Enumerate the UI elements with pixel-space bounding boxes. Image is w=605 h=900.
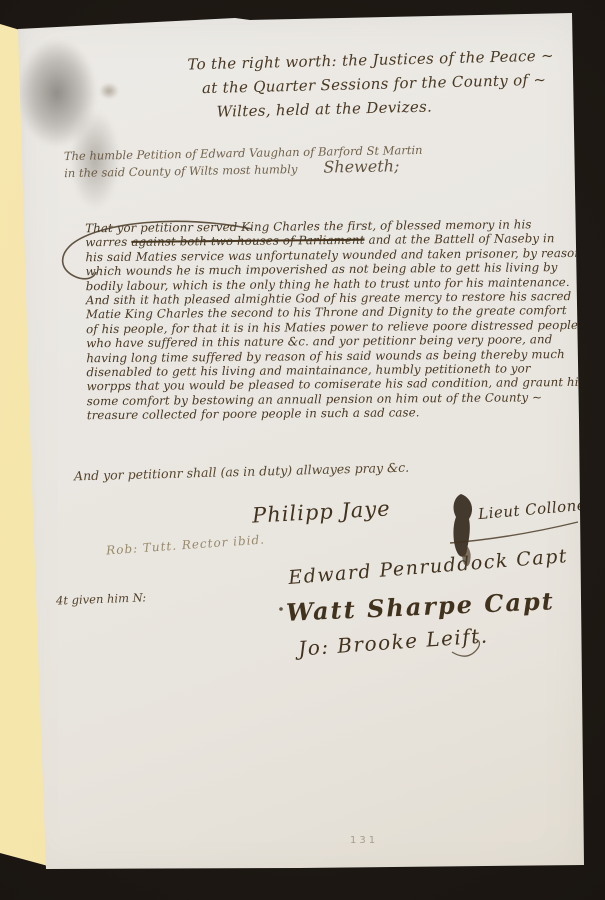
petition-heading: To the right worth: the Justices of the … <box>187 44 555 125</box>
body-line: treasure collected for poore people in s… <box>87 404 599 423</box>
signature-watt-sharpe: Watt Sharpe Capt <box>285 586 555 627</box>
rank-underline-flourish <box>450 522 578 543</box>
signature-jaye-rank: Lieut Collonell <box>477 495 597 523</box>
petition-body: That yor petitionr served King Charles t… <box>85 217 599 423</box>
photograph-of-petition: To the right worth: the Justices of the … <box>0 0 605 900</box>
body-text: and at the Battell of Naseby in <box>368 232 554 248</box>
salutation-text: in the said County of Wilts most humbly <box>64 162 297 180</box>
ink-dot <box>279 607 283 611</box>
signature-jo-brooke: Jo: Brooke Leift. <box>297 623 489 660</box>
prayer-clause: And yor petitionr shall (as in duty) all… <box>74 460 409 484</box>
petition-paper-sheet: To the right worth: the Justices of the … <box>0 0 605 900</box>
signature-philipp-jaye: Philipp Jaye <box>251 496 391 527</box>
signature-edward-penruddock: Edward Penruddock Capt <box>288 545 569 589</box>
body-text: warres <box>85 235 127 249</box>
ink-blot <box>453 494 472 557</box>
ink-flourishes <box>0 0 605 900</box>
pencil-folio-number: 131 <box>350 835 378 846</box>
struck-through-text: against both two houses of Parliament <box>131 233 364 249</box>
signature-rob-tutt: Rob: Tutt. Rector ibid. <box>106 532 266 557</box>
petition-salutation: The humble Petition of Edward Vaughan of… <box>64 143 423 181</box>
margin-annotation: 4t given him N: <box>56 590 147 607</box>
sheweth-word: Sheweth; <box>323 156 399 176</box>
paper-dimple <box>96 80 122 102</box>
